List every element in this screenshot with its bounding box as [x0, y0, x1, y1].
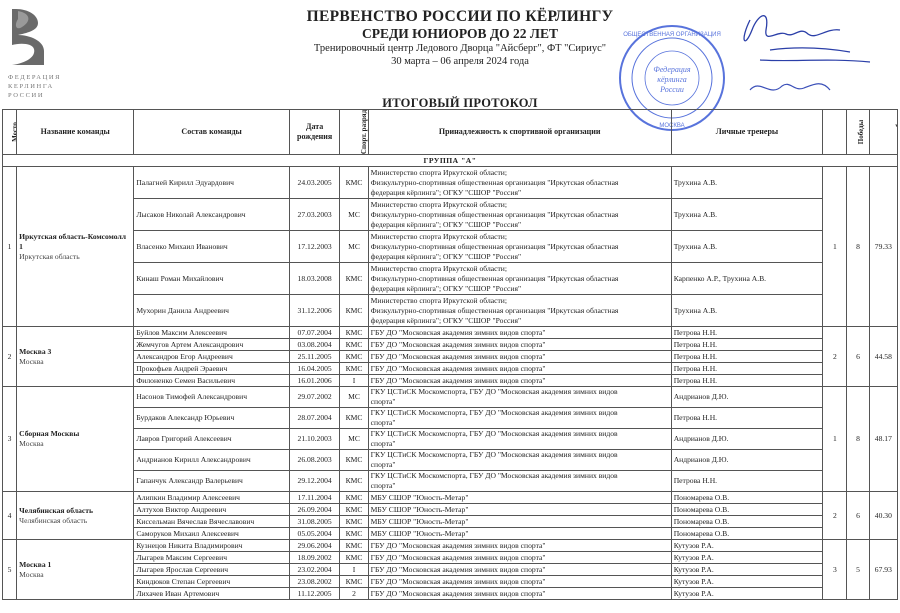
- player-coach: Карпенко А.Р., Трухина А.В.: [671, 263, 823, 295]
- player-name: Алтухов Виктор Андреевич: [134, 504, 290, 516]
- table-row: Алтухов Виктор Андреевич26.09.2004КМСМБУ…: [3, 504, 898, 516]
- player-organization: МБУ СШОР "Юность-Метар": [368, 516, 671, 528]
- header-organization: Принадлежность к спортивной организации: [368, 110, 671, 155]
- wins: 6: [847, 492, 869, 540]
- player-dob: 18.09.2002: [289, 552, 340, 564]
- player-rank: МС: [340, 199, 368, 231]
- org-line: Физкультурно-спортивная общественная орг…: [371, 242, 669, 252]
- org-line: Физкультурно-спортивная общественная орг…: [371, 178, 669, 188]
- player-dob: 05.05.2004: [289, 528, 340, 540]
- document-subtitle: СРЕДИ ЮНИОРОВ ДО 22 ЛЕТ: [250, 26, 670, 42]
- org-line: Министерство спорта Иркутской области;: [371, 200, 669, 210]
- player-dob: 07.07.2004: [289, 327, 340, 339]
- table-row: Гапанчук Александр Валерьевич29.12.2004К…: [3, 471, 898, 492]
- test-throws: 48.17: [869, 387, 897, 492]
- table-row: Андрианов Кирилл Александрович26.08.2003…: [3, 450, 898, 471]
- curling-federation-logo-icon: [8, 5, 48, 67]
- test-throws: 44.58: [869, 327, 897, 387]
- player-rank: КМС: [340, 339, 368, 351]
- org-line: спорта": [371, 460, 669, 470]
- player-organization: ГКУ ЦСТиСК Москомспорта, ГБУ ДО "Московс…: [368, 450, 671, 471]
- table-row: Александров Егор Андреевич25.11.2005КМСГ…: [3, 351, 898, 363]
- header-group-place: Место в подгруппе: [823, 110, 847, 155]
- team-place: 4: [3, 492, 17, 540]
- team-name: Сборная Москвы: [19, 429, 131, 439]
- team-place: 5: [3, 540, 17, 600]
- group-label: ГРУППА "А": [3, 155, 898, 167]
- player-dob: 31.08.2005: [289, 516, 340, 528]
- header-coaches: Личные тренеры: [671, 110, 823, 155]
- player-name: Мухорин Данила Андреевич: [134, 295, 290, 327]
- player-dob: 29.06.2004: [289, 540, 340, 552]
- player-coach: Кутузов Р.А.: [671, 540, 823, 552]
- player-name: Лыгарев Максим Сергеевич: [134, 552, 290, 564]
- player-rank: КМС: [340, 327, 368, 339]
- player-rank: КМС: [340, 450, 368, 471]
- player-rank: КМС: [340, 492, 368, 504]
- team-name: Москва 3: [19, 347, 131, 357]
- player-coach: Трухина А.В.: [671, 199, 823, 231]
- org-line: ГБУ ДО "Московская академия зимних видов…: [371, 376, 669, 386]
- player-name: Саморуков Михаил Алексеевич: [134, 528, 290, 540]
- table-row: 5Москва 1МоскваКузнецов Никита Владимиро…: [3, 540, 898, 552]
- player-dob: 29.07.2002: [289, 387, 340, 408]
- wins: 6: [847, 327, 869, 387]
- player-name: Алипкин Владимир Алексеевич: [134, 492, 290, 504]
- player-organization: ГБУ ДО "Московская академия зимних видов…: [368, 363, 671, 375]
- player-dob: 25.11.2005: [289, 351, 340, 363]
- player-dob: 21.10.2003: [289, 429, 340, 450]
- player-rank: КМС: [340, 540, 368, 552]
- team-cell: Москва 1Москва: [17, 540, 134, 600]
- team-region: Иркутская область: [19, 252, 131, 262]
- player-name: Александров Егор Андреевич: [134, 351, 290, 363]
- player-coach: Кутузов Р.А.: [671, 564, 823, 576]
- player-coach: Кутузов Р.А.: [671, 552, 823, 564]
- table-row: Власенко Михаил Иванович17.12.2003МСМини…: [3, 231, 898, 263]
- player-organization: Министерство спорта Иркутской области;Фи…: [368, 295, 671, 327]
- player-coach: Андрианов Д.Ю.: [671, 429, 823, 450]
- org-line: ГКУ ЦСТиСК Москомспорта, ГБУ ДО "Московс…: [371, 429, 669, 439]
- player-rank: КМС: [340, 552, 368, 564]
- org-line: Министерство спорта Иркутской области;: [371, 168, 669, 178]
- logo-line: КЕРЛИНГА: [8, 82, 58, 91]
- player-rank: 2: [340, 588, 368, 600]
- player-name: Лысаков Николай Александрович: [134, 199, 290, 231]
- player-coach: Петрова Н.Н.: [671, 339, 823, 351]
- player-rank: КМС: [340, 167, 368, 199]
- player-name: Кинаш Роман Михайлович: [134, 263, 290, 295]
- player-rank: I: [340, 375, 368, 387]
- player-rank: КМС: [340, 363, 368, 375]
- logo-line: ФЕДЕРАЦИЯ: [8, 73, 58, 82]
- player-organization: ГБУ ДО "Московская академия зимних видов…: [368, 540, 671, 552]
- player-name: Лыгарев Ярослав Сергеевич: [134, 564, 290, 576]
- player-coach: Кутузов Р.А.: [671, 588, 823, 600]
- table-row: Кинаш Роман Михайлович18.03.2008КМСМинис…: [3, 263, 898, 295]
- player-coach: Петрова Н.Н.: [671, 471, 823, 492]
- player-dob: 31.12.2006: [289, 295, 340, 327]
- org-line: федерация кёрлинга"; ОГКУ "СШОР "Россия": [371, 220, 669, 230]
- group-place: 2: [823, 492, 847, 540]
- player-organization: Министерство спорта Иркутской области;Фи…: [368, 167, 671, 199]
- player-organization: ГКУ ЦСТиСК Москомспорта, ГБУ ДО "Московс…: [368, 387, 671, 408]
- player-coach: Андрианов Д.Ю.: [671, 450, 823, 471]
- player-dob: 11.12.2005: [289, 588, 340, 600]
- table-row: Прокофьев Андрей Эраевич16.04.2005КМСГБУ…: [3, 363, 898, 375]
- signature-icon: [730, 0, 890, 115]
- table-row: 2Москва 3МоскваБуйлов Максим Алексеевич0…: [3, 327, 898, 339]
- player-organization: ГКУ ЦСТиСК Москомспорта, ГБУ ДО "Московс…: [368, 471, 671, 492]
- player-name: Буйлов Максим Алексеевич: [134, 327, 290, 339]
- org-line: МБУ СШОР "Юность-Метар": [371, 493, 669, 503]
- player-rank: КМС: [340, 408, 368, 429]
- player-dob: 26.09.2004: [289, 504, 340, 516]
- header-wins: Победы: [847, 110, 869, 155]
- group-place: 3: [823, 540, 847, 600]
- org-line: ГБУ ДО "Московская академия зимних видов…: [371, 565, 669, 575]
- team-region: Москва: [19, 439, 131, 449]
- player-organization: МБУ СШОР "Юность-Метар": [368, 504, 671, 516]
- org-line: ГБУ ДО "Московская академия зимних видов…: [371, 340, 669, 350]
- player-dob: 18.03.2008: [289, 263, 340, 295]
- player-organization: ГБУ ДО "Московская академия зимних видов…: [368, 339, 671, 351]
- player-dob: 26.08.2003: [289, 450, 340, 471]
- player-dob: 23.08.2002: [289, 576, 340, 588]
- org-line: Министерство спорта Иркутской области;: [371, 296, 669, 306]
- player-coach: Андрианов Д.Ю.: [671, 387, 823, 408]
- org-line: ГБУ ДО "Московская академия зимних видов…: [371, 577, 669, 587]
- team-name: Москва 1: [19, 560, 131, 570]
- player-dob: 16.01.2006: [289, 375, 340, 387]
- group-place: 1: [823, 167, 847, 327]
- player-dob: 24.03.2005: [289, 167, 340, 199]
- org-line: Физкультурно-спортивная общественная орг…: [371, 274, 669, 284]
- table-row: Лыгарев Ярослав Сергеевич23.02.2004IГБУ …: [3, 564, 898, 576]
- player-name: Лавров Григорий Алексеевич: [134, 429, 290, 450]
- team-place: 3: [3, 387, 17, 492]
- player-organization: ГБУ ДО "Московская академия зимних видов…: [368, 327, 671, 339]
- header-roster: Состав команды: [134, 110, 290, 155]
- org-line: ГБУ ДО "Московская академия зимних видов…: [371, 352, 669, 362]
- team-cell: Челябинская областьЧелябинская область: [17, 492, 134, 540]
- org-line: федерация кёрлинга"; ОГКУ "СШОР "Россия": [371, 284, 669, 294]
- org-line: спорта": [371, 439, 669, 449]
- player-name: Кузнецов Никита Владимирович: [134, 540, 290, 552]
- player-dob: 16.04.2005: [289, 363, 340, 375]
- table-row: Лыгарев Максим Сергеевич18.09.2002КМСГБУ…: [3, 552, 898, 564]
- org-line: ГКУ ЦСТиСК Москомспорта, ГБУ ДО "Московс…: [371, 450, 669, 460]
- player-coach: Пономарева О.В.: [671, 492, 823, 504]
- player-rank: КМС: [340, 471, 368, 492]
- table-row: 1Иркутская область-Комсомолл 1Иркутская …: [3, 167, 898, 199]
- header-place: Место: [3, 110, 17, 155]
- org-line: ГКУ ЦСТиСК Москомспорта, ГБУ ДО "Московс…: [371, 471, 669, 481]
- player-dob: 03.08.2004: [289, 339, 340, 351]
- wins: 8: [847, 167, 869, 327]
- test-throws: 79.33: [869, 167, 897, 327]
- group-place: 1: [823, 387, 847, 492]
- player-name: Бурдаков Александр Юрьевич: [134, 408, 290, 429]
- org-line: федерация кёрлинга"; ОГКУ "СШОР "Россия": [371, 188, 669, 198]
- player-organization: МБУ СШОР "Юность-Метар": [368, 492, 671, 504]
- player-coach: Пономарева О.В.: [671, 516, 823, 528]
- player-name: Киндюков Степан Сергеевич: [134, 576, 290, 588]
- org-line: федерация кёрлинга"; ОГКУ "СШОР "Россия": [371, 252, 669, 262]
- org-line: ГКУ ЦСТиСК Москомспорта, ГБУ ДО "Московс…: [371, 387, 669, 397]
- player-rank: I: [340, 564, 368, 576]
- org-line: Министерство спорта Иркутской области;: [371, 232, 669, 242]
- table-row: Лавров Григорий Алексеевич21.10.2003МСГК…: [3, 429, 898, 450]
- player-rank: МС: [340, 231, 368, 263]
- org-line: ГБУ ДО "Московская академия зимних видов…: [371, 589, 669, 599]
- player-coach: Трухина А.В.: [671, 231, 823, 263]
- event-dates: 30 марта – 06 апреля 2024 года: [250, 56, 670, 67]
- table-row: Мухорин Данила Андреевич31.12.2006КМСМин…: [3, 295, 898, 327]
- test-throws: 67.93: [869, 540, 897, 600]
- player-coach: Петрова Н.Н.: [671, 408, 823, 429]
- player-coach: Петрова Н.Н.: [671, 351, 823, 363]
- player-coach: Пономарева О.В.: [671, 528, 823, 540]
- player-dob: 28.07.2004: [289, 408, 340, 429]
- header-birth-date: Дата рождения: [289, 110, 340, 155]
- org-line: Министерство спорта Иркутской области;: [371, 264, 669, 274]
- svg-text:кёрлинга: кёрлинга: [657, 75, 687, 84]
- player-rank: КМС: [340, 516, 368, 528]
- player-coach: Петрова Н.Н.: [671, 363, 823, 375]
- team-region: Москва: [19, 570, 131, 580]
- org-line: МБУ СШОР "Юность-Метар": [371, 529, 669, 539]
- player-coach: Петрова Н.Н.: [671, 327, 823, 339]
- header-rank: Спорт. разряд: [340, 110, 368, 155]
- org-line: МБУ СШОР "Юность-Метар": [371, 517, 669, 527]
- org-line: спорта": [371, 397, 669, 407]
- player-rank: КМС: [340, 351, 368, 363]
- table-row: Саморуков Михаил Алексеевич05.05.2004КМС…: [3, 528, 898, 540]
- player-name: Палагней Кирилл Эдуардович: [134, 167, 290, 199]
- venue: Тренировочный центр Ледового Дворца "Айс…: [250, 43, 670, 54]
- logo-line: РОССИИ: [8, 91, 58, 100]
- svg-text:России: России: [659, 85, 684, 94]
- player-name: Киссельман Вячеслав Вячеславович: [134, 516, 290, 528]
- player-dob: 27.03.2003: [289, 199, 340, 231]
- team-place: 1: [3, 167, 17, 327]
- player-rank: МС: [340, 429, 368, 450]
- svg-text:Федерация: Федерация: [653, 65, 690, 74]
- team-region: Москва: [19, 357, 131, 367]
- org-line: ГБУ ДО "Московская академия зимних видов…: [371, 364, 669, 374]
- player-coach: Петрова Н.Н.: [671, 375, 823, 387]
- header-test-throws: Тестовые броски: [869, 110, 897, 155]
- team-cell: Иркутская область-Комсомолл 1Иркутская о…: [17, 167, 134, 327]
- player-organization: ГБУ ДО "Московская академия зимних видов…: [368, 564, 671, 576]
- org-line: спорта": [371, 418, 669, 428]
- player-name: Насонов Тимофей Александрович: [134, 387, 290, 408]
- player-organization: Министерство спорта Иркутской области;Фи…: [368, 231, 671, 263]
- player-rank: КМС: [340, 263, 368, 295]
- org-line: ГБУ ДО "Московская академия зимних видов…: [371, 328, 669, 338]
- player-name: Лихачев Иван Артемович: [134, 588, 290, 600]
- team-cell: Сборная МосквыМосква: [17, 387, 134, 492]
- svg-text:ОБЩЕСТВЕННАЯ ОРГАНИЗАЦИЯ: ОБЩЕСТВЕННАЯ ОРГАНИЗАЦИЯ: [623, 32, 721, 38]
- org-line: ГБУ ДО "Московская академия зимних видов…: [371, 553, 669, 563]
- team-name: Челябинская область: [19, 506, 131, 516]
- player-dob: 17.11.2004: [289, 492, 340, 504]
- org-line: ГКУ ЦСТиСК Москомспорта, ГБУ ДО "Московс…: [371, 408, 669, 418]
- table-row: 4Челябинская областьЧелябинская областьА…: [3, 492, 898, 504]
- federation-logo: ФЕДЕРАЦИЯ КЕРЛИНГА РОССИИ: [8, 5, 58, 100]
- player-name: Прокофьев Андрей Эраевич: [134, 363, 290, 375]
- table-row: Жемчугов Артем Александрович03.08.2004КМ…: [3, 339, 898, 351]
- player-organization: ГБУ ДО "Московская академия зимних видов…: [368, 351, 671, 363]
- team-cell: Москва 3Москва: [17, 327, 134, 387]
- org-line: Физкультурно-спортивная общественная орг…: [371, 210, 669, 220]
- org-line: МБУ СШОР "Юность-Метар": [371, 505, 669, 515]
- wins: 8: [847, 387, 869, 492]
- player-name: Гапанчук Александр Валерьевич: [134, 471, 290, 492]
- org-line: ГБУ ДО "Московская академия зимних видов…: [371, 541, 669, 551]
- group-place: 2: [823, 327, 847, 387]
- player-coach: Трухина А.В.: [671, 295, 823, 327]
- wins: 5: [847, 540, 869, 600]
- org-line: федерация кёрлинга"; ОГКУ "СШОР "Россия": [371, 316, 669, 326]
- table-row: Киссельман Вячеслав Вячеславович31.08.20…: [3, 516, 898, 528]
- player-organization: ГБУ ДО "Московская академия зимних видов…: [368, 375, 671, 387]
- document-title: ПЕРВЕНСТВО РОССИИ ПО КЁРЛИНГУ: [250, 8, 670, 26]
- table-row: Бурдаков Александр Юрьевич28.07.2004КМСГ…: [3, 408, 898, 429]
- results-table: Место Название команды Состав команды Да…: [2, 109, 898, 600]
- player-dob: 29.12.2004: [289, 471, 340, 492]
- team-place: 2: [3, 327, 17, 387]
- player-organization: ГКУ ЦСТиСК Москомспорта, ГБУ ДО "Московс…: [368, 408, 671, 429]
- org-line: спорта": [371, 481, 669, 491]
- player-rank: КМС: [340, 295, 368, 327]
- player-dob: 17.12.2003: [289, 231, 340, 263]
- org-line: Физкультурно-спортивная общественная орг…: [371, 306, 669, 316]
- player-rank: КМС: [340, 576, 368, 588]
- player-organization: МБУ СШОР "Юность-Метар": [368, 528, 671, 540]
- player-coach: Трухина А.В.: [671, 167, 823, 199]
- player-rank: КМС: [340, 504, 368, 516]
- table-row: 3Сборная МосквыМоскваНасонов Тимофей Але…: [3, 387, 898, 408]
- player-organization: Министерство спорта Иркутской области;Фи…: [368, 263, 671, 295]
- player-rank: КМС: [340, 528, 368, 540]
- player-coach: Кутузов Р.А.: [671, 576, 823, 588]
- player-rank: МС: [340, 387, 368, 408]
- table-row: Киндюков Степан Сергеевич23.08.2002КМСГБ…: [3, 576, 898, 588]
- player-organization: ГБУ ДО "Московская академия зимних видов…: [368, 552, 671, 564]
- team-region: Челябинская область: [19, 516, 131, 526]
- player-coach: Пономарева О.В.: [671, 504, 823, 516]
- player-name: Власенко Михаил Иванович: [134, 231, 290, 263]
- player-name: Филоненко Семен Васильевич: [134, 375, 290, 387]
- table-row: Лихачев Иван Артемович11.12.20052ГБУ ДО …: [3, 588, 898, 600]
- player-name: Жемчугов Артем Александрович: [134, 339, 290, 351]
- player-name: Андрианов Кирилл Александрович: [134, 450, 290, 471]
- header-team-name: Название команды: [17, 110, 134, 155]
- player-dob: 23.02.2004: [289, 564, 340, 576]
- player-organization: ГБУ ДО "Московская академия зимних видов…: [368, 576, 671, 588]
- player-organization: Министерство спорта Иркутской области;Фи…: [368, 199, 671, 231]
- test-throws: 40.30: [869, 492, 897, 540]
- table-row: Филоненко Семен Васильевич16.01.2006IГБУ…: [3, 375, 898, 387]
- team-name: Иркутская область-Комсомолл 1: [19, 232, 131, 252]
- player-organization: ГБУ ДО "Московская академия зимних видов…: [368, 588, 671, 600]
- table-row: Лысаков Николай Александрович27.03.2003М…: [3, 199, 898, 231]
- player-organization: ГКУ ЦСТиСК Москомспорта, ГБУ ДО "Московс…: [368, 429, 671, 450]
